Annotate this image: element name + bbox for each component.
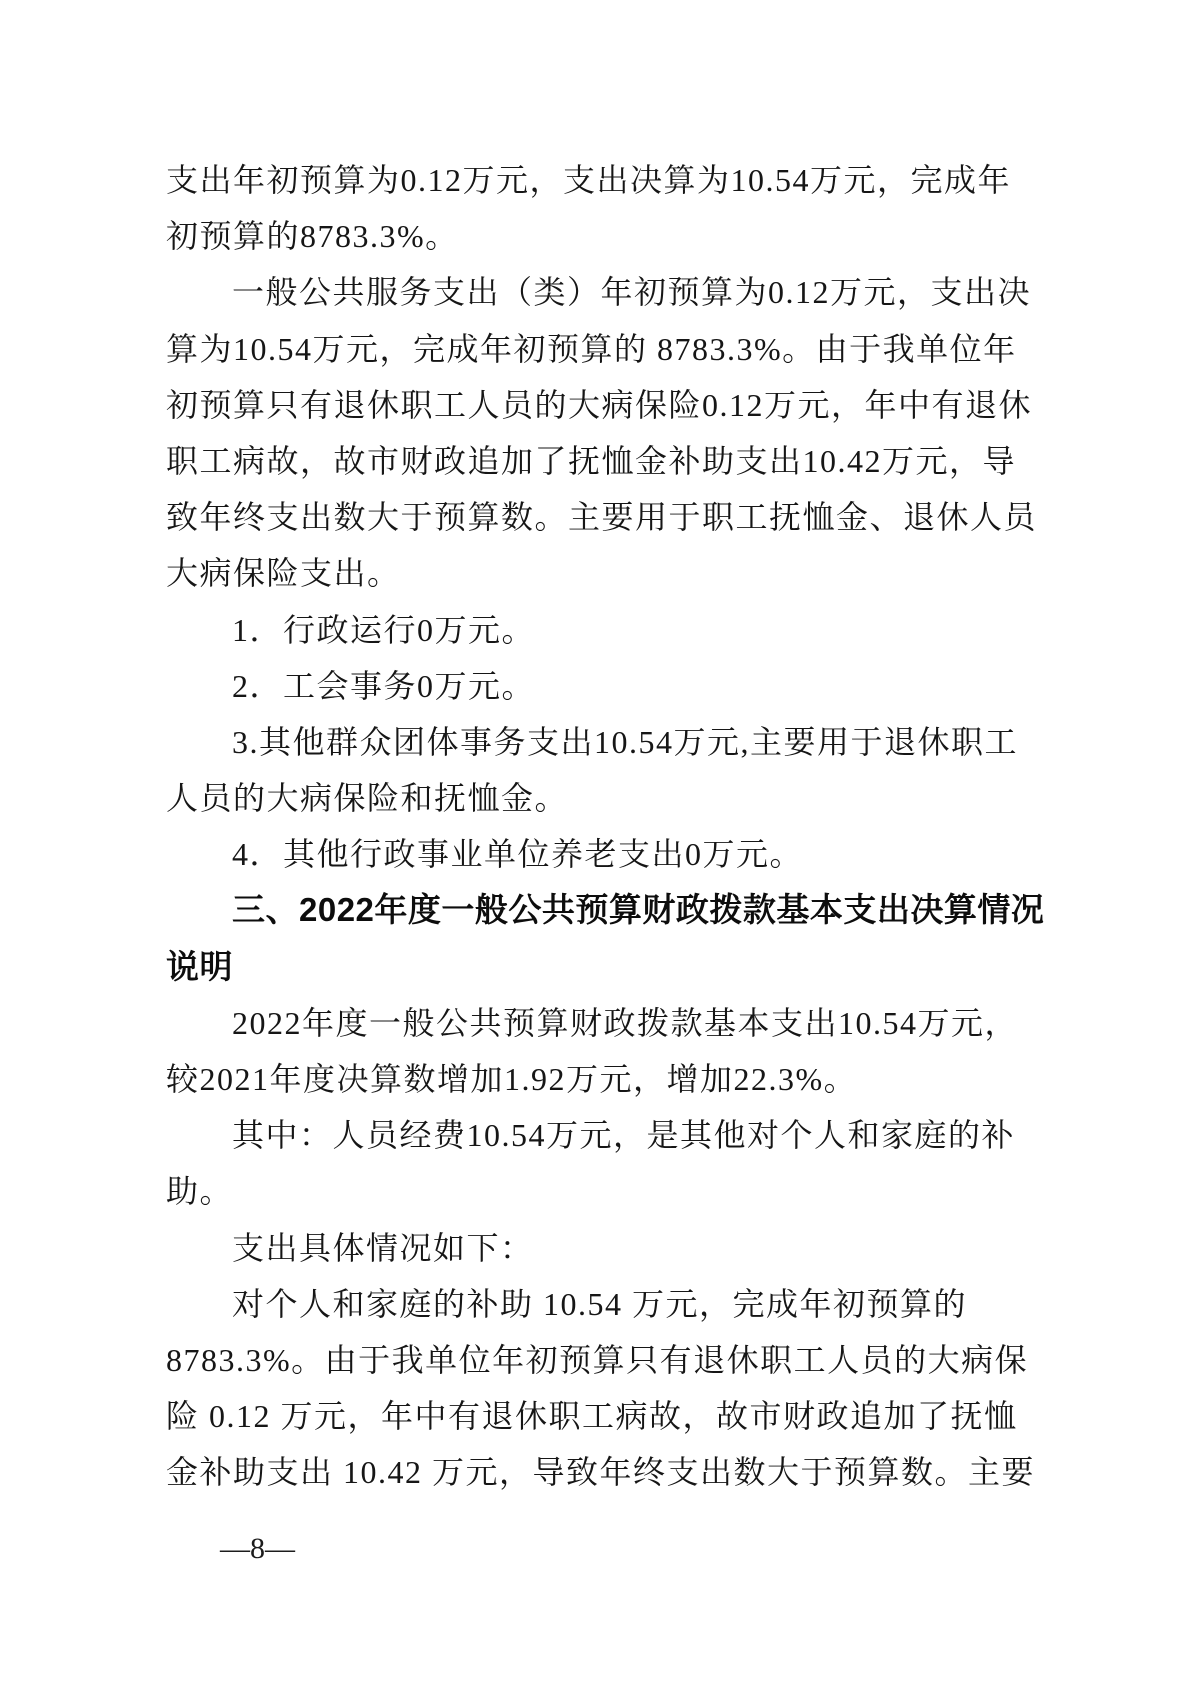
text-line: 职工病故，故市财政追加了抚恤金补助支出10.42万元，导: [166, 433, 1046, 489]
text-line: 算为10.54万元，完成年初预算的 8783.3%。由于我单位年: [166, 321, 1046, 377]
text-line: 其中：人员经费10.54万元，是其他对个人和家庭的补: [166, 1107, 1046, 1163]
text-line: 致年终支出数大于预算数。主要用于职工抚恤金、退休人员: [166, 489, 1046, 545]
text-line: 一般公共服务支出（类）年初预算为0.12万元，支出决: [166, 264, 1046, 320]
text-line: 支出年初预算为0.12万元，支出决算为10.54万元，完成年: [166, 152, 1046, 208]
text-line: 初预算只有退休职工人员的大病保险0.12万元，年中有退休: [166, 377, 1046, 433]
page-number: —8—: [220, 1531, 295, 1567]
text-line: 对个人和家庭的补助 10.54 万元，完成年初预算的: [166, 1276, 1046, 1332]
section-heading: 三、2022年度一般公共预算财政拨款基本支出决算情况: [166, 882, 1046, 938]
text-line: 初预算的8783.3%。: [166, 208, 1046, 264]
list-item-2: 2．工会事务0万元。: [166, 658, 1046, 714]
document-page: 支出年初预算为0.12万元，支出决算为10.54万元，完成年 初预算的8783.…: [0, 0, 1199, 1696]
text-line: 大病保险支出。: [166, 545, 1046, 601]
section-heading-cont: 说明: [166, 939, 1046, 995]
text-line: 2022年度一般公共预算财政拨款基本支出10.54万元，: [166, 995, 1046, 1051]
list-item-1: 1．行政运行0万元。: [166, 602, 1046, 658]
list-item-3: 3.其他群众团体事务支出10.54万元,主要用于退休职工: [166, 714, 1046, 770]
text-line: 助。: [166, 1163, 1046, 1219]
text-line: 金补助支出 10.42 万元，导致年终支出数大于预算数。主要: [166, 1444, 1046, 1500]
text-line: 险 0.12 万元，年中有退休职工病故，故市财政追加了抚恤: [166, 1388, 1046, 1444]
text-line: 较2021年度决算数增加1.92万元，增加22.3%。: [166, 1051, 1046, 1107]
text-line: 支出具体情况如下：: [166, 1220, 1046, 1276]
text-line: 人员的大病保险和抚恤金。: [166, 770, 1046, 826]
text-line: 8783.3%。由于我单位年初预算只有退休职工人员的大病保: [166, 1332, 1046, 1388]
document-text-block: 支出年初预算为0.12万元，支出决算为10.54万元，完成年 初预算的8783.…: [166, 152, 1046, 1501]
list-item-4: 4．其他行政事业单位养老支出0万元。: [166, 826, 1046, 882]
